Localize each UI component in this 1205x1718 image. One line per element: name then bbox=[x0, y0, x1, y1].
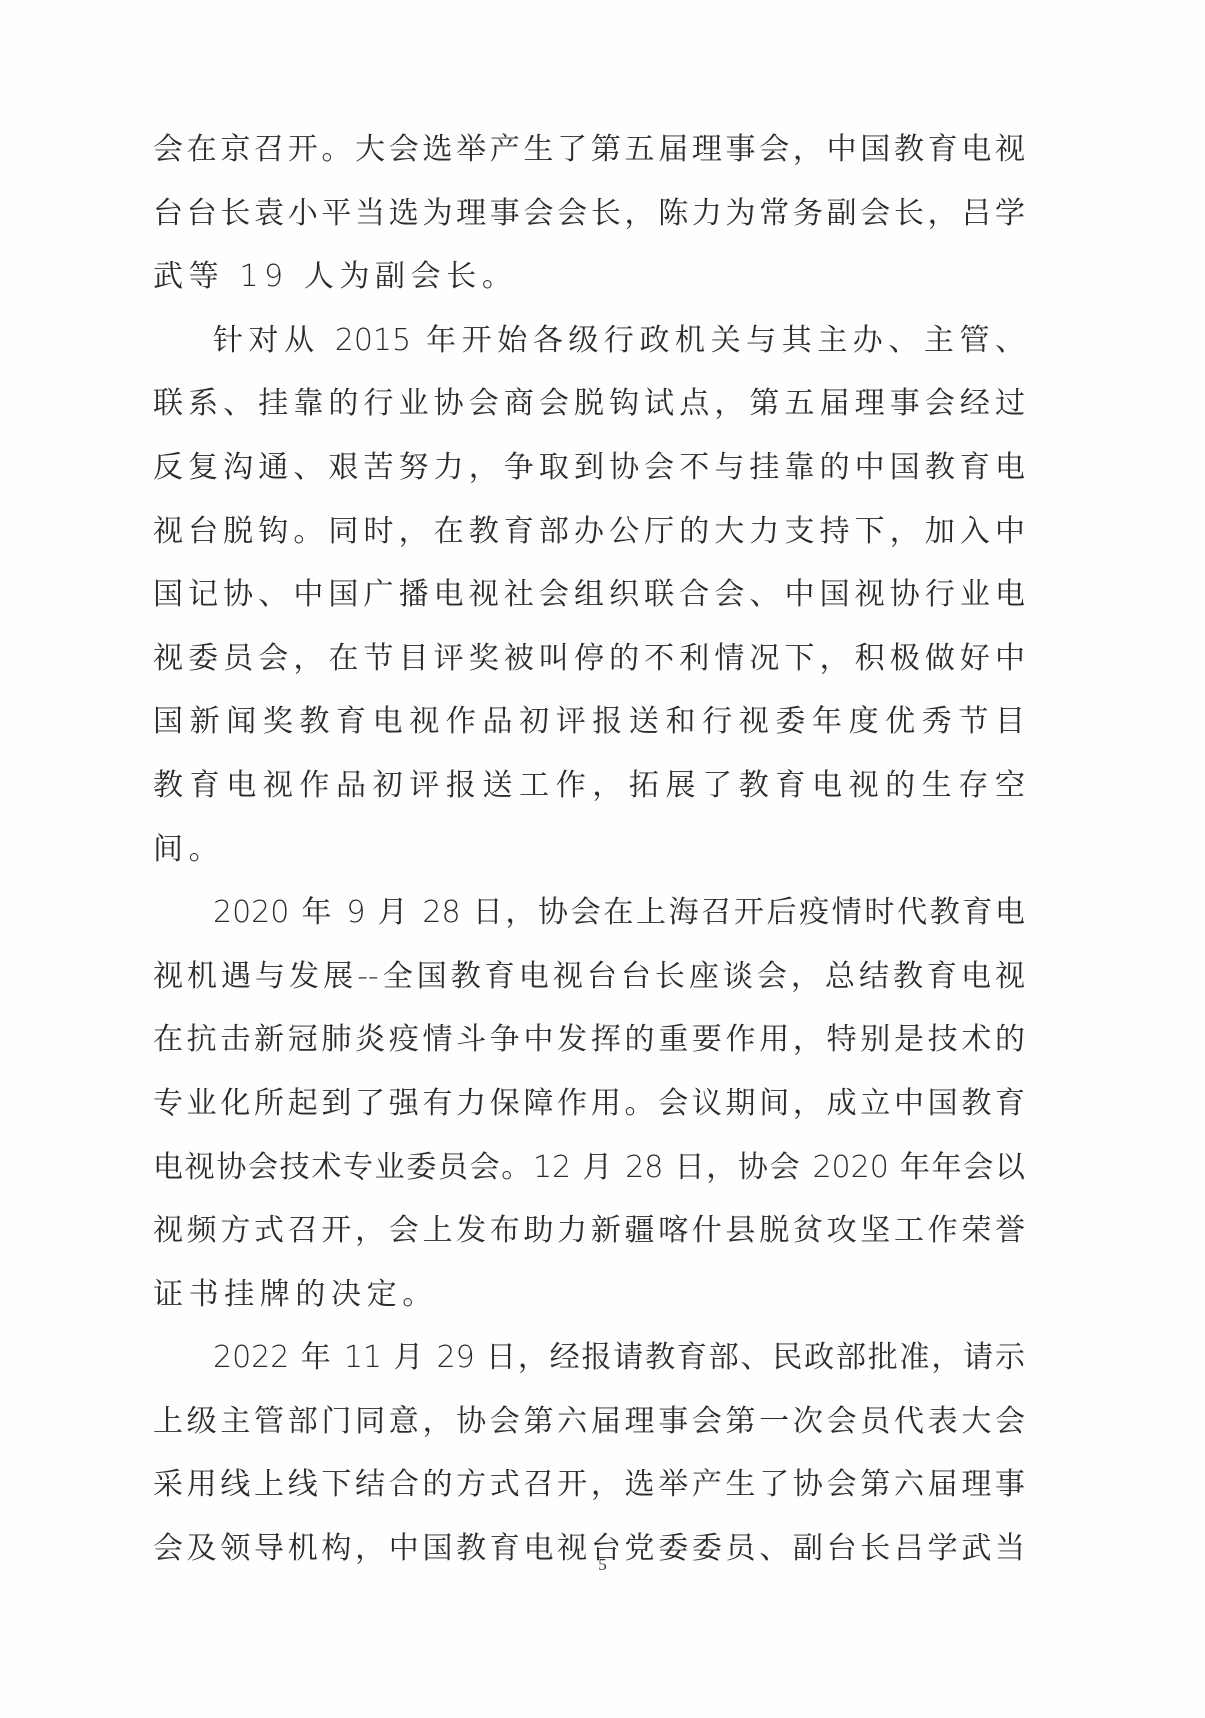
text-line: 教育电视作品初评报送工作，拓展了教育电视的生存空 bbox=[153, 754, 1025, 818]
text-line: 视台脱钩。同时，在教育部办公厅的大力支持下，加入中 bbox=[153, 500, 1025, 564]
text-line: 间。 bbox=[153, 818, 1025, 882]
text-line: 会在京召开。大会选举产生了第五届理事会，中国教育电视 bbox=[153, 118, 1025, 182]
text-line: 针对从 2015 年开始各级行政机关与其主办、主管、 bbox=[153, 309, 1025, 373]
text-line: 武等 19 人为副会长。 bbox=[153, 245, 1025, 309]
text-line: 上级主管部门同意，协会第六届理事会第一次会员代表大会 bbox=[153, 1390, 1025, 1454]
document-page: 会在京召开。大会选举产生了第五届理事会，中国教育电视台台长袁小平当选为理事会会长… bbox=[0, 0, 1205, 1718]
text-line: 视机遇与发展--全国教育电视台台长座谈会，总结教育电视 bbox=[153, 945, 1025, 1009]
text-line: 台台长袁小平当选为理事会会长，陈力为常务副会长，吕学 bbox=[153, 182, 1025, 246]
text-line: 采用线上线下结合的方式召开，选举产生了协会第六届理事 bbox=[153, 1453, 1025, 1517]
text-line: 视频方式召开，会上发布助力新疆喀什县脱贫攻坚工作荣誉 bbox=[153, 1199, 1025, 1263]
text-line: 视委员会，在节目评奖被叫停的不利情况下，积极做好中 bbox=[153, 627, 1025, 691]
text-line: 证书挂牌的决定。 bbox=[153, 1263, 1025, 1327]
text-line: 2020 年 9 月 28 日，协会在上海召开后疫情时代教育电 bbox=[153, 881, 1025, 945]
text-line: 在抗击新冠肺炎疫情斗争中发挥的重要作用，特别是技术的 bbox=[153, 1008, 1025, 1072]
page-number: 5 bbox=[0, 1555, 1205, 1575]
text-line: 联系、挂靠的行业协会商会脱钩试点，第五届理事会经过 bbox=[153, 372, 1025, 436]
text-line: 2022 年 11 月 29 日，经报请教育部、民政部批准，请示 bbox=[153, 1326, 1025, 1390]
text-line: 国新闻奖教育电视作品初评报送和行视委年度优秀节目 bbox=[153, 690, 1025, 754]
text-line: 反复沟通、艰苦努力，争取到协会不与挂靠的中国教育电 bbox=[153, 436, 1025, 500]
text-line: 专业化所起到了强有力保障作用。会议期间，成立中国教育 bbox=[153, 1072, 1025, 1136]
body-text: 会在京召开。大会选举产生了第五届理事会，中国教育电视台台长袁小平当选为理事会会长… bbox=[153, 118, 1025, 1581]
text-line: 国记协、中国广播电视社会组织联合会、中国视协行业电 bbox=[153, 563, 1025, 627]
text-line: 电视协会技术专业委员会。12 月 28 日，协会 2020 年年会以 bbox=[153, 1136, 1025, 1200]
